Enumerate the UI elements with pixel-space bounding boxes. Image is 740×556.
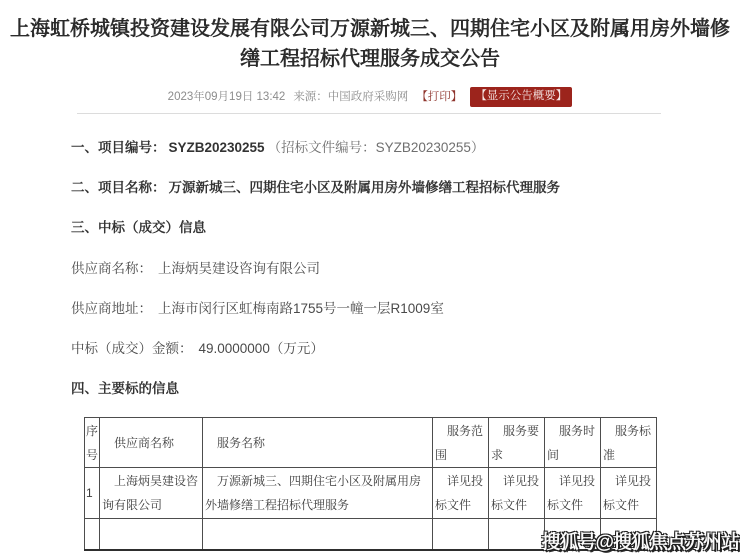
- col-header-service-requirement: 服务要求: [489, 418, 545, 468]
- cell-empty: [601, 519, 657, 550]
- cell-empty: [203, 519, 433, 550]
- meta-row: 2023年09月19日 13:42 来源：中国政府采购网 【打印】 【显示公告概…: [0, 87, 740, 107]
- col-header-service-name: 服务名称: [203, 418, 433, 468]
- supplier-name-value: 上海炳昊建设咨询有限公司: [158, 261, 320, 276]
- project-number-note: （招标文件编号：SYZB20230255）: [268, 140, 485, 155]
- cell-service-scope: 详见投标文件: [433, 468, 489, 519]
- col-header-supplier: 供应商名称: [100, 418, 203, 468]
- cell-empty: [545, 519, 601, 550]
- table-row-empty: [85, 519, 657, 550]
- award-amount-value: 49.0000000（万元）: [199, 341, 324, 356]
- cell-supplier: 上海炳昊建设咨询有限公司: [100, 468, 203, 519]
- publish-datetime: 2023年09月19日 13:42: [168, 89, 286, 106]
- cell-service-time: 详见投标文件: [545, 468, 601, 519]
- cell-service-name: 万源新城三、四期住宅小区及附属用房外墙修缮工程招标代理服务: [203, 468, 433, 519]
- page-title: 上海虹桥城镇投资建设发展有限公司万源新城三、四期住宅小区及附属用房外墙修 缮工程…: [0, 14, 740, 74]
- cell-empty: [489, 519, 545, 550]
- project-number-value: SYZB20230255: [169, 140, 265, 155]
- supplier-address-row: 供应商地址：上海市闵行区虹梅南路1755号一幢一层R1009室: [71, 300, 444, 317]
- supplier-address-label: 供应商地址：: [71, 301, 152, 316]
- supplier-name-label: 供应商名称：: [71, 261, 152, 276]
- cell-service-requirement: 详见投标文件: [489, 468, 545, 519]
- award-amount-row: 中标（成交）金额：49.0000000（万元）: [71, 340, 324, 357]
- project-name-label: 二、项目名称：: [71, 180, 166, 195]
- col-header-seq: 序号: [85, 418, 100, 468]
- header-divider: [77, 113, 661, 114]
- announcement-page: 上海虹桥城镇投资建设发展有限公司万源新城三、四期住宅小区及附属用房外墙修 缮工程…: [0, 0, 740, 556]
- main-subject-table: 序号 供应商名称 服务名称 服务范围 服务要求 服务时间 服务标准 1 上海炳昊…: [84, 417, 657, 551]
- print-button[interactable]: 【打印】: [416, 89, 462, 106]
- page-title-line-1: 上海虹桥城镇投资建设发展有限公司万源新城三、四期住宅小区及附属用房外墙修: [0, 14, 740, 44]
- award-amount-label: 中标（成交）金额：: [71, 341, 193, 356]
- cell-empty: [100, 519, 203, 550]
- show-summary-badge[interactable]: 【显示公告概要】: [470, 87, 572, 107]
- project-name-value: 万源新城三、四期住宅小区及附属用房外墙修缮工程招标代理服务: [169, 180, 561, 195]
- section-project-name: 二、项目名称：万源新城三、四期住宅小区及附属用房外墙修缮工程招标代理服务: [71, 179, 560, 196]
- cell-service-standard: 详见投标文件: [601, 468, 657, 519]
- section-project-number: 一、项目编号：SYZB20230255（招标文件编号：SYZB20230255）: [71, 139, 484, 156]
- col-header-service-standard: 服务标准: [601, 418, 657, 468]
- page-title-line-2: 缮工程招标代理服务成交公告: [0, 44, 740, 74]
- cell-empty: [85, 519, 100, 550]
- supplier-name-row: 供应商名称：上海炳昊建设咨询有限公司: [71, 260, 320, 277]
- table-header-row: 序号 供应商名称 服务名称 服务范围 服务要求 服务时间 服务标准: [85, 418, 657, 468]
- supplier-address-value: 上海市闵行区虹梅南路1755号一幢一层R1009室: [158, 301, 444, 316]
- cell-empty: [433, 519, 489, 550]
- section-main-subject-heading: 四、主要标的信息: [71, 380, 179, 397]
- table-row: 1 上海炳昊建设咨询有限公司 万源新城三、四期住宅小区及附属用房外墙修缮工程招标…: [85, 468, 657, 519]
- section-award-info-heading: 三、中标（成交）信息: [71, 219, 206, 236]
- col-header-service-scope: 服务范围: [433, 418, 489, 468]
- cell-seq: 1: [85, 468, 100, 519]
- col-header-service-time: 服务时间: [545, 418, 601, 468]
- source-label: 来源：中国政府采购网: [293, 89, 408, 106]
- project-number-label: 一、项目编号：: [71, 140, 166, 155]
